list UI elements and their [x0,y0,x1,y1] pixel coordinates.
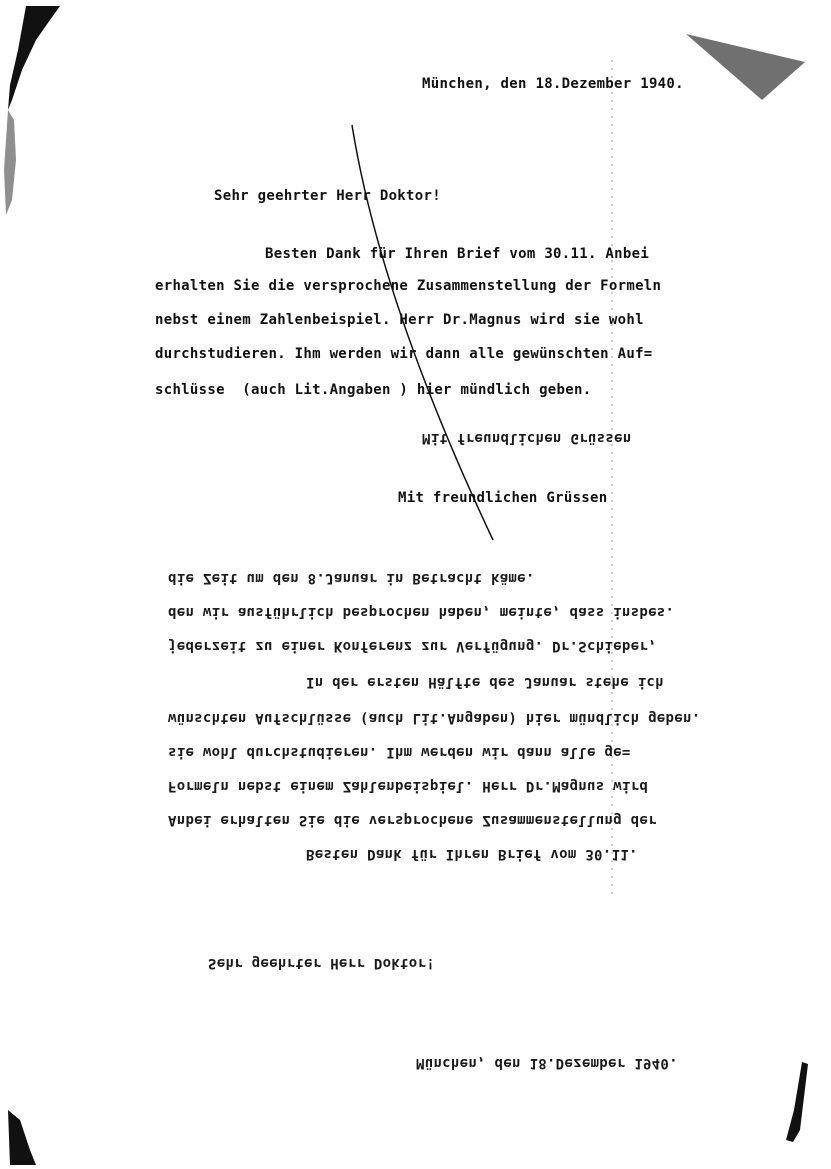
body-line: schlüsse (auch Lit.Angaben ) hier mündli… [155,382,591,398]
bleed-line: sie wohl durchstudieren. Ihm werden wir … [168,744,631,760]
bleed-line: Anbei erhalten Sie die versprochene Zusa… [168,812,657,828]
bleed-line: wünschten Aufschlüsse (auch Lit.Angaben)… [168,710,700,726]
closing: Mit freundlichen Grüssen [398,490,608,506]
closing-bleed: Mit freundlichen Grüssen [422,430,632,446]
letter-page: München, den 18.Dezember 1940. Sehr geeh… [0,0,831,1169]
bleed-line: den wir ausführlich besprochen haben, me… [168,604,674,620]
bleed-line: die Zeit um den 8.Januar in Betracht käm… [168,570,535,586]
body-line: nebst einem Zahlenbeispiel. Herr Dr.Magn… [155,312,644,328]
body-line: durchstudieren. Ihm werden wir dann alle… [155,346,653,362]
body-line: Besten Dank für Ihren Brief vom 30.11. A… [265,246,649,262]
bleed-line: Besten Dank für Ihren Brief vom 30.11. [306,846,638,862]
body-line: erhalten Sie die versprochene Zusammenst… [155,278,661,294]
bleed-line: Formeln nebst einem Zahlenbeispiel. Herr… [168,778,648,794]
bleed-salutation: Sehr geehrter Herr Doktor! [208,955,435,971]
bleed-line: In der ersten Hälfte des Januar stehe ic… [306,674,664,690]
place-date: München, den 18.Dezember 1940. [422,76,684,92]
bleed-place-date: München, den 18.Dezember 1940. [416,1055,678,1071]
bleed-line: jederzeit zu einer Konferenz zur Verfügu… [168,638,657,654]
salutation: Sehr geehrter Herr Doktor! [214,188,441,204]
